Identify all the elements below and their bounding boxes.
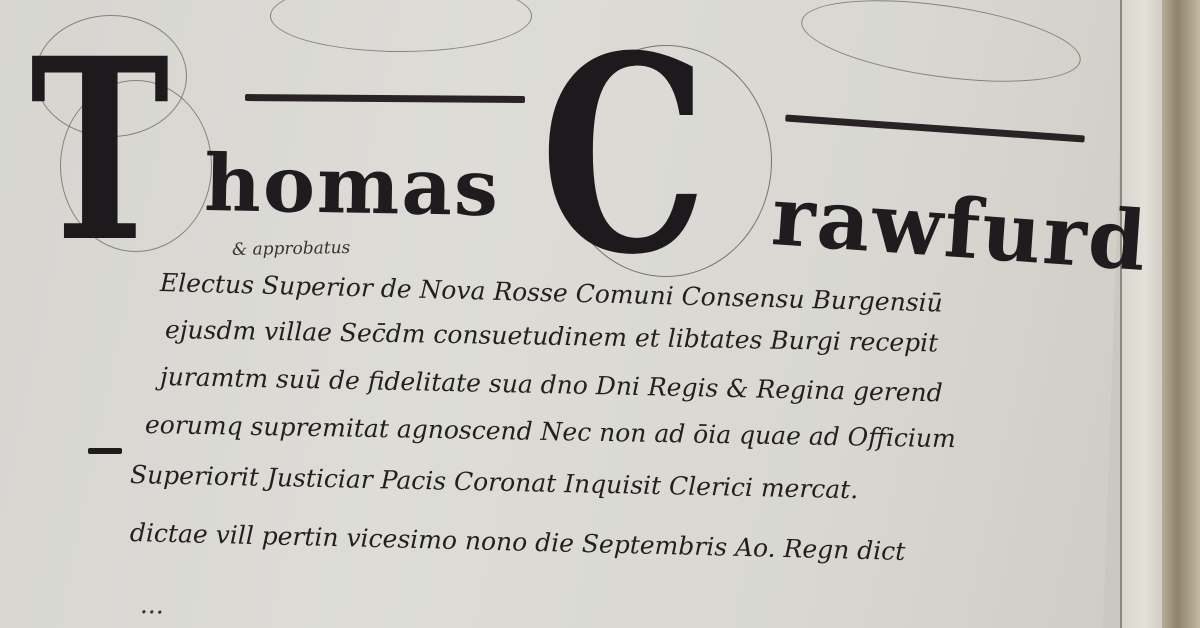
- text-line-partial: ...: [140, 590, 164, 619]
- illuminated-initial-c: C: [540, 20, 708, 290]
- title-word-crawfurd: rawfurd: [769, 175, 1150, 283]
- interlinear-annotation: & approbatus: [232, 238, 351, 260]
- book-binding: [1162, 0, 1200, 628]
- margin-mark: [88, 448, 122, 454]
- title-word-thomas: homas: [204, 145, 501, 228]
- illuminated-initial-t: T: [30, 25, 170, 275]
- page-edge: [1120, 0, 1167, 628]
